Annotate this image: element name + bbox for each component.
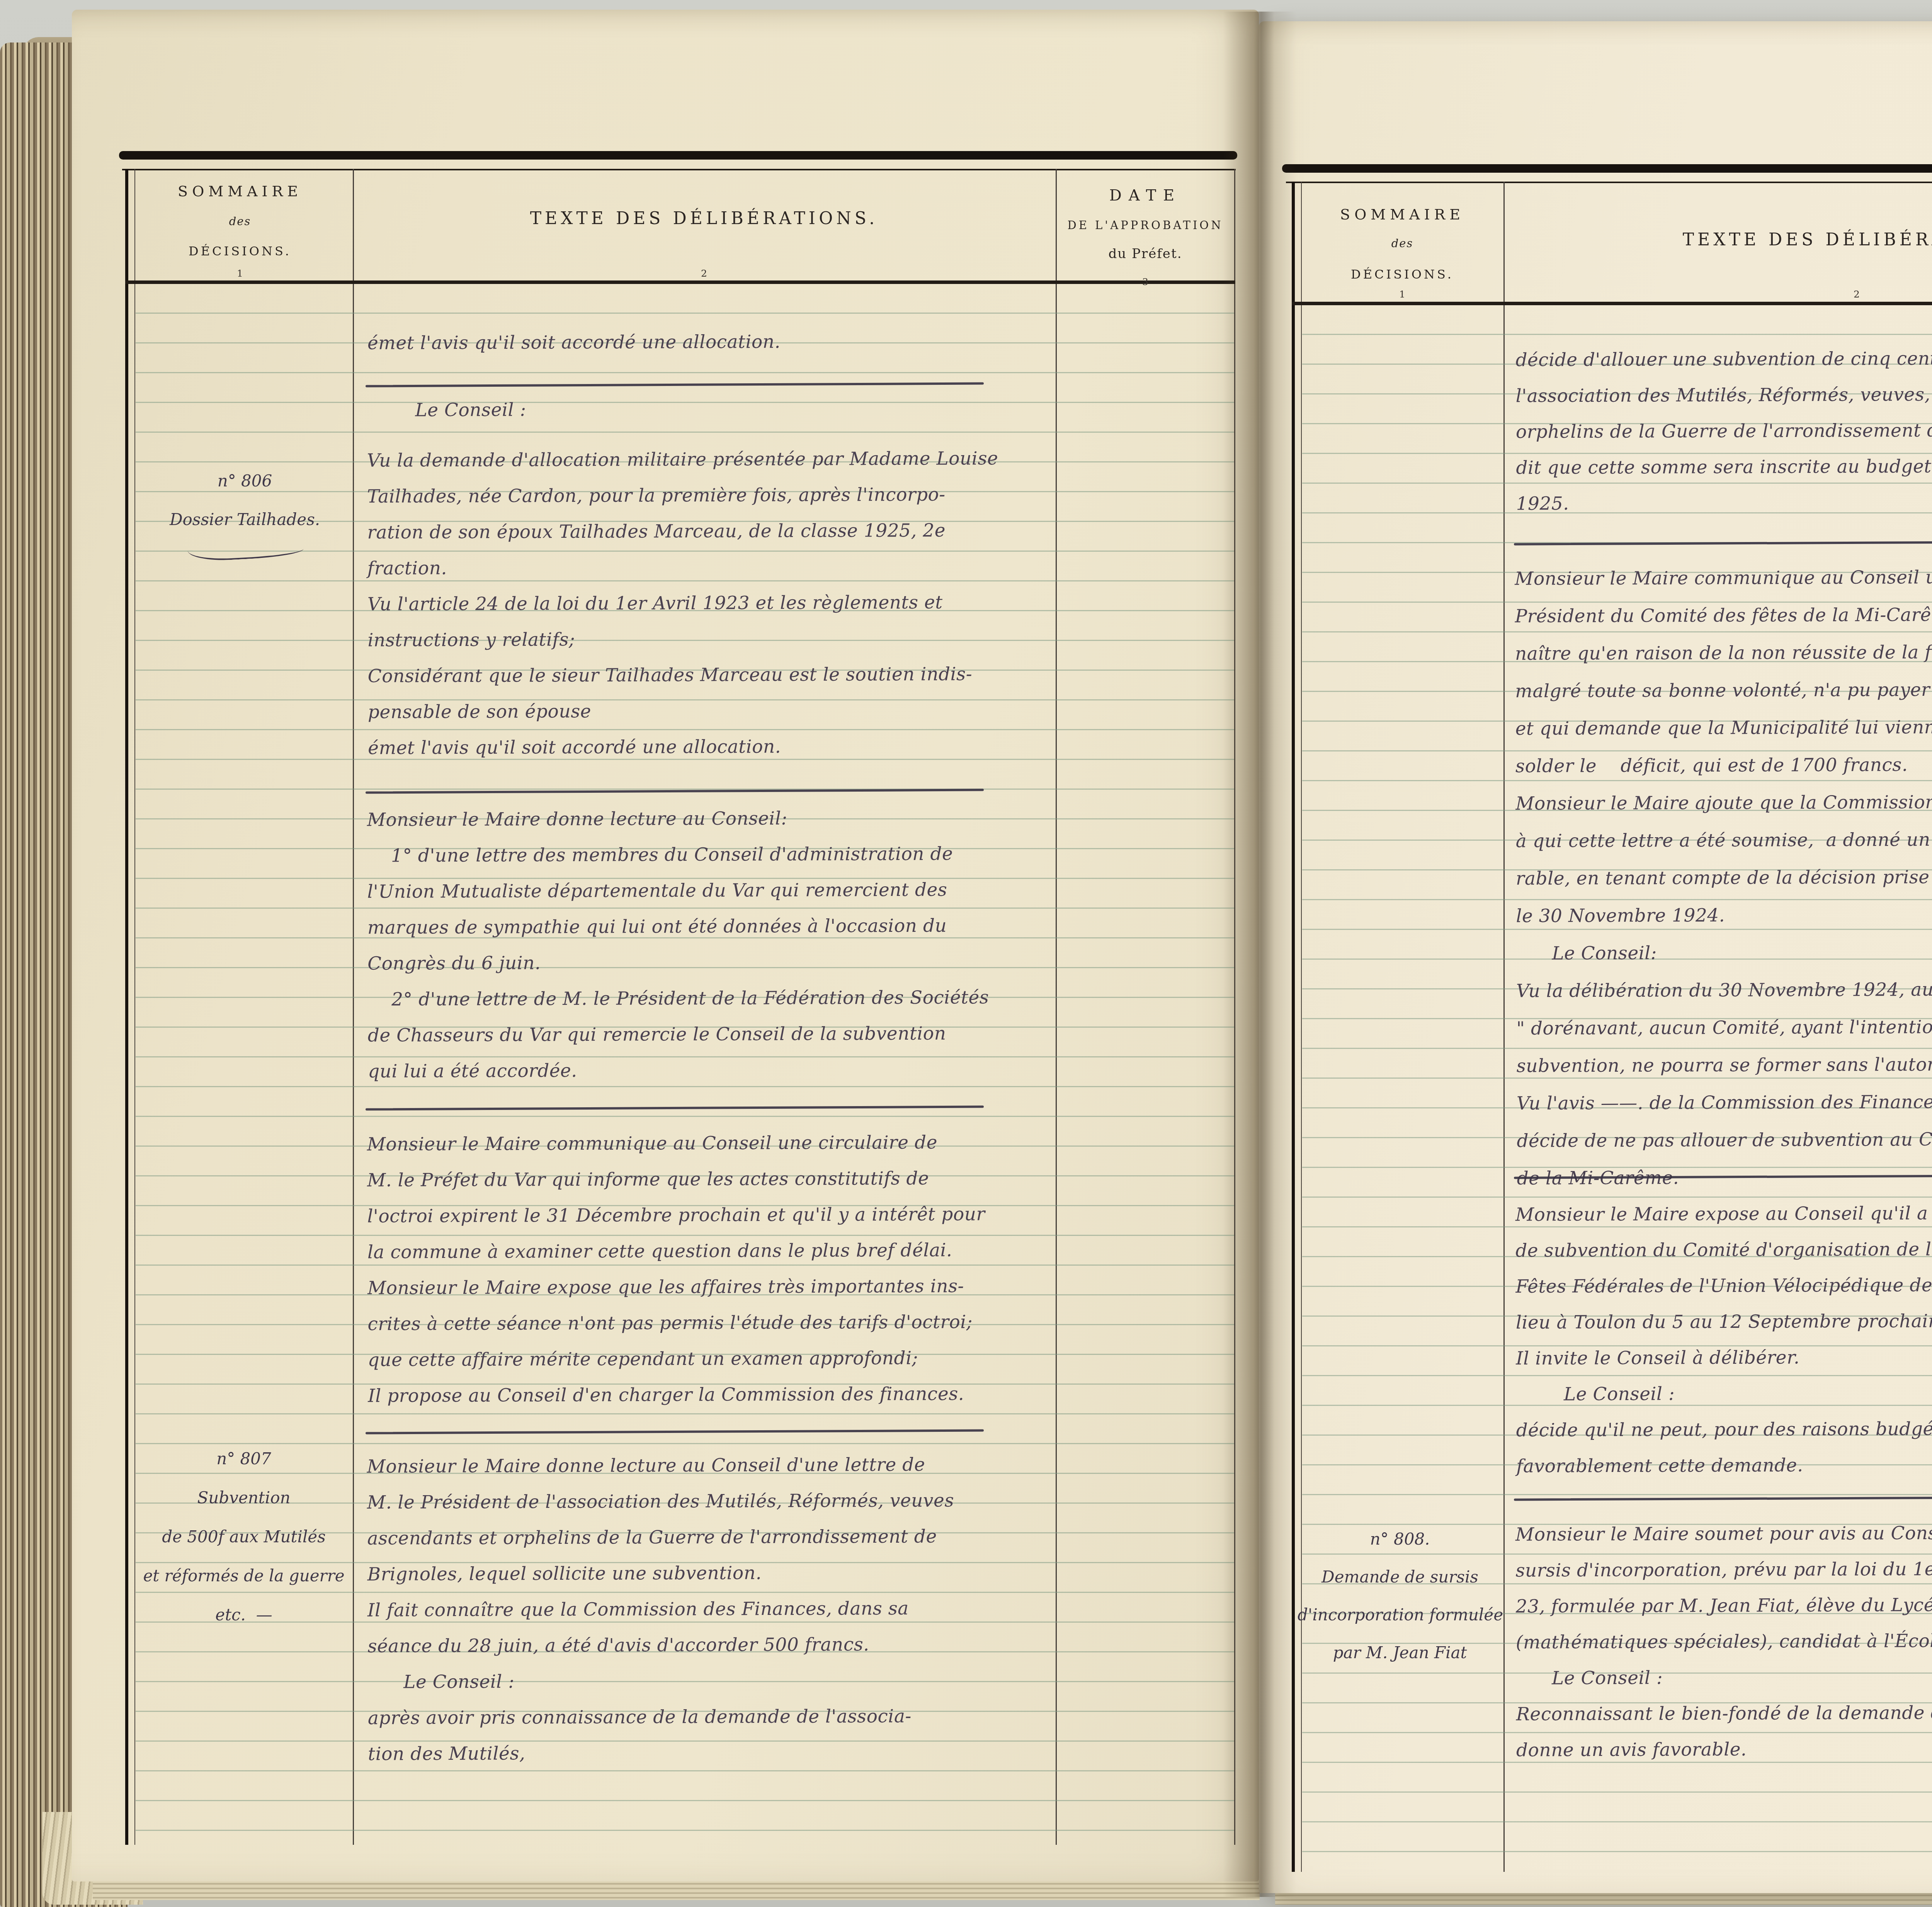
register-left-page: SOMMAIRE des DÉCISIONS. 1 TEXTE DES DÉLI… (72, 10, 1259, 1882)
handwritten-line: Il invite le Conseil à délibérer. (1516, 1338, 1932, 1377)
handwritten-line: Monsieur le Maire expose que les affaire… (367, 1268, 985, 1306)
handwritten-line: décide qu'il ne peut, pour des raisons b… (1516, 1410, 1932, 1448)
handwritten-line: 1° d'une lettre des membres du Conseil d… (367, 836, 988, 874)
handwritten-line: M. le Préfet du Var qui informe que les … (367, 1160, 985, 1198)
gutter-shadow (1223, 12, 1296, 1897)
handwritten-line: sursis d'incorporation, prévu par la loi… (1515, 1550, 1932, 1588)
handwritten-line: n° 808. (1298, 1520, 1502, 1558)
handwritten-line: marques de sympathie qui lui ont été don… (367, 908, 989, 946)
margin-note-808: n° 808.Demande de sursisd'incorporation … (1298, 1520, 1502, 1672)
deliberation-block: Monsieur le Maire communique au Conseil … (1515, 558, 1932, 1197)
column-header-des: des (229, 215, 251, 228)
handwritten-line: solder le déficit, qui est de 1700 franc… (1515, 745, 1932, 785)
header-bottom-rule (1292, 302, 1932, 305)
handwritten-line: Fêtes Fédérales de l'Union Vélocipédique… (1515, 1266, 1932, 1305)
handwritten-line: Le Conseil : (367, 392, 526, 428)
handwritten-line: (mathématiques spéciales), candidat à l'… (1516, 1622, 1932, 1660)
handwritten-line: Il fait connaître que la Commission des … (367, 1590, 954, 1628)
column-header-prefet: du Préfet. (1109, 246, 1182, 262)
column-header-sommaire: SOMMAIRE (1340, 206, 1464, 223)
handwritten-line: etc. — (136, 1595, 352, 1634)
handwritten-line: l'octroi expirent le 31 Décembre prochai… (367, 1196, 985, 1234)
handwritten-line: Monsieur le Maire soumet pour avis au Co… (1515, 1514, 1932, 1552)
handwritten-line: de Chasseurs du Var qui remercie le Cons… (368, 1015, 989, 1054)
deliberation-block: Vu la demande d'allocation militaire pré… (367, 440, 1000, 766)
handwritten-line: que cette affaire mérite cependant un ex… (368, 1340, 986, 1378)
column-number: 1 (237, 268, 243, 279)
handwritten-line: Dossier Tailhades. (139, 500, 350, 539)
column-header-date: DATE (1109, 187, 1182, 204)
handwritten-line: le 30 Novembre 1924. (1516, 895, 1932, 935)
handwritten-line: ration de son époux Tailhades Marceau, d… (367, 512, 998, 551)
handwritten-line: naître qu'en raison de la non réussite d… (1515, 633, 1932, 673)
handwritten-line: Reconnaissant le bien-fondé de la demand… (1516, 1694, 1932, 1732)
handwritten-line: Monsieur le Maire communique au Conseil … (1515, 558, 1932, 598)
handwritten-line: lieu à Toulon du 5 au 12 Septembre proch… (1516, 1302, 1932, 1341)
handwritten-line: orphelins de la Guerre de l'arrondisseme… (1516, 412, 1932, 450)
handwritten-line: n° 806 (139, 462, 350, 500)
column-number: 3 (1142, 276, 1148, 287)
handwritten-line: Vu l'article 24 de la loi du 1er Avril 1… (367, 584, 999, 622)
handwritten-line: émet l'avis qu'il soit accordé une alloc… (368, 728, 999, 766)
table-left-border-inner (134, 169, 135, 1845)
table-top-rule (119, 151, 1237, 160)
table-top-rule (1282, 164, 1932, 173)
handwritten-line: décide de ne pas allouer de subvention a… (1517, 1120, 1932, 1160)
handwritten-line: de 500f aux Mutilés (136, 1517, 352, 1556)
page-stack-edge (1275, 1892, 1932, 1905)
table-top-rule-thin (122, 169, 1236, 170)
column-header-des: des (1391, 237, 1413, 250)
deliberation-heading: Le Conseil : (367, 392, 526, 428)
column-number: 1 (1399, 289, 1405, 300)
deliberation-block: émet l'avis qu'il soit accordé une alloc… (367, 324, 781, 361)
handwritten-line: Monsieur le Maire donne lecture au Conse… (367, 800, 988, 838)
handwritten-line: séance du 28 juin, a été d'avis d'accord… (367, 1626, 954, 1664)
handwritten-line: Tailhades, née Cardon, pour la première … (367, 476, 998, 515)
table-top-rule-thin (1286, 182, 1932, 183)
handwritten-line: Considérant que le sieur Tailhades Marce… (367, 656, 999, 694)
deliberation-block: Monsieur le Maire donne lecture au Conse… (367, 1446, 955, 1772)
handwritten-line: Monsieur le Maire communique au Conseil … (367, 1124, 985, 1163)
handwritten-line: par M. Jean Fiat (1298, 1634, 1502, 1672)
handwritten-line: subvention, ne pourra se former sans l'a… (1517, 1045, 1932, 1085)
handwritten-line: dit que cette somme sera inscrite au bud… (1516, 448, 1932, 486)
handwritten-line: Monsieur le Maire donne lecture au Conse… (367, 1446, 954, 1484)
column-number: 2 (1854, 289, 1860, 300)
handwritten-line: Le Conseil : (1516, 1374, 1932, 1412)
handwritten-line: " dorénavant, aucun Comité, ayant l'inte… (1516, 1008, 1932, 1047)
column-header-texte: TEXTE DES DÉLIBÉRATIONS. (1683, 230, 1932, 250)
handwritten-line: Vu la délibération du 30 Novembre 1924, … (1516, 970, 1932, 1010)
handwritten-line: Demande de sursis (1298, 1558, 1502, 1596)
handwritten-line: 2° d'une lettre de M. le Président de la… (367, 979, 989, 1018)
handwritten-line: pensable de son épouse (368, 692, 999, 730)
handwritten-line: Congrès du 6 juin. (367, 943, 989, 982)
handwritten-line: d'incorporation formulée (1298, 1596, 1502, 1634)
handwritten-line: tion des Mutilés, (368, 1734, 955, 1772)
handwritten-line: Subvention (136, 1478, 352, 1517)
handwritten-line: Vu l'avis ——. de la Commission des Finan… (1517, 1083, 1932, 1122)
handwritten-line: la commune à examiner cette question dan… (367, 1232, 985, 1270)
column-header-decisions: DÉCISIONS. (1351, 267, 1454, 282)
handwritten-line: fraction. (367, 548, 999, 586)
header-bottom-rule (125, 280, 1235, 284)
register-right-page: 215 SOMMAIRE des DÉCISIONS. 1 TEXTE DES … (1259, 21, 1932, 1893)
handwritten-line: rable, en tenant compte de la décision p… (1516, 858, 1932, 897)
handwritten-line: M. le Président de l'association des Mut… (367, 1482, 954, 1520)
handwritten-line: et qui demande que la Municipalité lui v… (1515, 708, 1932, 748)
handwritten-line: émet l'avis qu'il soit accordé une alloc… (367, 324, 781, 361)
handwritten-line: Le Conseil : (367, 1662, 954, 1700)
handwritten-line: instructions y relatifs; (367, 620, 999, 658)
handwritten-line: Vu la demande d'allocation militaire pré… (367, 440, 998, 479)
handwritten-line: Président du Comité des fêtes de la Mi-C… (1515, 595, 1932, 635)
handwritten-line: n° 807 (136, 1439, 352, 1478)
handwritten-line: à qui cette lettre a été soumise, a donn… (1515, 820, 1932, 860)
column-header-approbation: DE L'APPROBATION (1067, 219, 1223, 232)
column-header-sommaire: SOMMAIRE (178, 183, 302, 200)
handwritten-line: Brignoles, lequel sollicite une subventi… (367, 1554, 954, 1592)
handwritten-line: ascendants et orphelins de la Guerre de … (367, 1518, 954, 1556)
column-header-texte: TEXTE DES DÉLIBÉRATIONS. (530, 209, 878, 228)
deliberation-block: Monsieur le Maire expose au Conseil qu'i… (1515, 1195, 1932, 1484)
margin-note-807: n° 807Subventionde 500f aux Mutiléset ré… (136, 1439, 352, 1634)
register-book-scan: SOMMAIRE des DÉCISIONS. 1 TEXTE DES DÉLI… (0, 0, 1932, 1907)
handwritten-line: Le Conseil: (1516, 933, 1932, 972)
handwritten-line: donne un avis favorable. (1516, 1730, 1932, 1768)
handwritten-line: Le Conseil : (1516, 1658, 1932, 1696)
margin-note-806: n° 806Dossier Tailhades. (139, 462, 350, 539)
column-header-decisions: DÉCISIONS. (189, 244, 291, 258)
handwritten-line: Monsieur le Maire ajoute que la Commissi… (1515, 783, 1932, 823)
handwritten-line: Il propose au Conseil d'en charger la Co… (368, 1376, 986, 1414)
handwritten-line: 1925. (1516, 484, 1932, 522)
handwritten-line: 23, formulée par M. Jean Fiat, élève du … (1516, 1586, 1932, 1624)
table-left-border (125, 169, 128, 1845)
deliberation-block: Monsieur le Maire donne lecture au Conse… (367, 800, 989, 1089)
deliberation-block: décide d'allouer une subvention de cinq … (1515, 340, 1932, 522)
handwritten-line: décide d'allouer une subvention de cinq … (1515, 340, 1932, 378)
handwritten-line: malgré toute sa bonne volonté, n'a pu pa… (1515, 670, 1932, 710)
handwritten-line: favorablement cette demande. (1516, 1446, 1932, 1484)
handwritten-line: et réformés de la guerre (136, 1556, 352, 1595)
handwritten-line: après avoir pris connaissance de la dema… (368, 1698, 955, 1736)
deliberation-block: Monsieur le Maire communique au Conseil … (367, 1124, 986, 1414)
handwritten-line: qui lui a été accordée. (368, 1051, 989, 1089)
deliberation-block: Monsieur le Maire soumet pour avis au Co… (1515, 1514, 1932, 1768)
handwritten-line: crites à cette séance n'ont pas permis l… (367, 1304, 985, 1342)
handwritten-line: Monsieur le Maire expose au Conseil qu'i… (1515, 1195, 1932, 1233)
handwritten-line: de subvention du Comité d'organisation d… (1515, 1231, 1932, 1269)
page-stack-edge (93, 1880, 1260, 1900)
column-number: 2 (701, 268, 707, 279)
handwritten-line: l'association des Mutilés, Réformés, veu… (1516, 376, 1932, 414)
handwritten-line: l'Union Mutualiste départementale du Var… (367, 872, 988, 910)
